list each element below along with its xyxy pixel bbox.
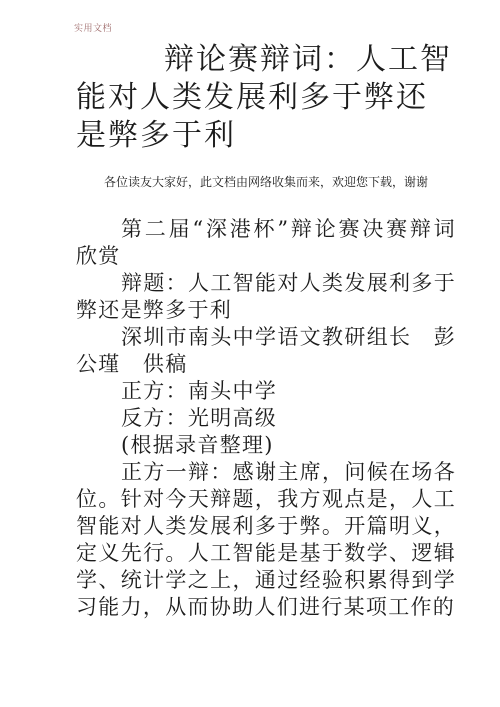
paragraph-pro-team: 正方：南头中学 <box>76 378 456 405</box>
document-content: 辩论赛辩词：人工智能对人类发展利多于弊还是弊多于利 各位读友大家好，此文档由网络… <box>76 41 456 621</box>
paragraph-opening-speech: 正方一辩：感谢主席，问候在场各位。针对今天辩题，我方观点是，人工智能对人类发展利… <box>76 459 456 621</box>
paragraph-transcript-note: (根据录音整理) <box>76 432 456 459</box>
paragraph-heading: 第二届“深港杯”辩论赛决赛辩词欣赏 <box>76 216 456 270</box>
document-title: 辩论赛辩词：人工智能对人类发展利多于弊还是弊多于利 <box>76 41 456 155</box>
watermark-label: 实用文档 <box>74 24 112 34</box>
paragraph-debate-topic: 辩题：人工智能对人类发展利多于弊还是弊多于利 <box>76 270 456 324</box>
document-page: 实用文档 辩论赛辩词：人工智能对人类发展利多于弊还是弊多于利 各位读友大家好，此… <box>0 0 500 707</box>
paragraph-contributor: 深圳市南头中学语文教研组长 彭公瑾 供稿 <box>76 324 456 378</box>
body-text: 第二届“深港杯”辩论赛决赛辩词欣赏 辩题：人工智能对人类发展利多于弊还是弊多于利… <box>76 216 456 621</box>
paragraph-con-team: 反方：光明高级 <box>76 405 456 432</box>
greeting-note: 各位读友大家好，此文档由网络收集而来，欢迎您下载，谢谢 <box>76 175 456 190</box>
